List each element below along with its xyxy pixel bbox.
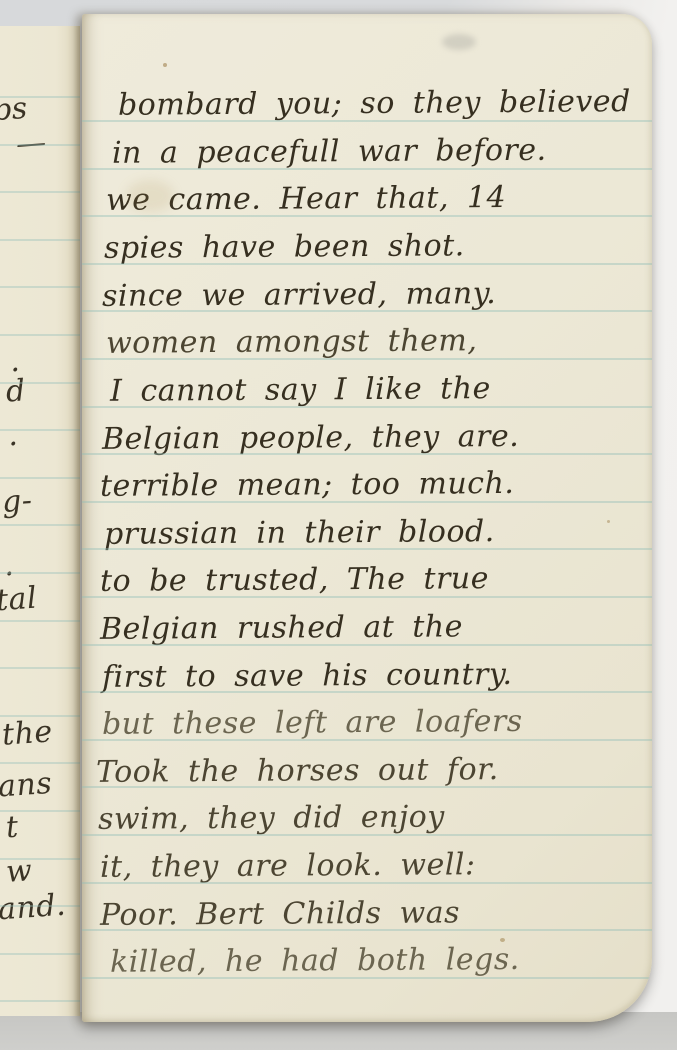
ruled-line: [82, 263, 652, 265]
foxing-dot: [163, 63, 167, 67]
ruled-line: [82, 691, 652, 693]
ruled-line: [0, 1000, 80, 1002]
ruled-line: [0, 477, 80, 479]
handwriting-line: since we arrived, many.: [82, 269, 652, 321]
notebook-page: bombard you; so they believed in a peace…: [82, 14, 652, 1022]
handwriting-line: in a peacefull war before.: [82, 126, 652, 178]
handwriting-line: bombard you; so they believed: [82, 78, 652, 130]
ruled-line: [82, 358, 652, 360]
ruled-line: [82, 548, 652, 550]
handwriting-line: spies have been shot.: [82, 221, 652, 273]
margin-fragment: .: [7, 418, 19, 454]
scanned-notebook-photo: { "notebook": { "main_page": { "lines": …: [0, 0, 677, 1050]
ruled-line: [0, 429, 80, 431]
handwriting-line: to be trusted, The true: [82, 554, 652, 606]
ruled-line: [0, 810, 80, 812]
ruled-line: [0, 191, 80, 193]
ruled-line: [0, 667, 80, 669]
ruled-line: [0, 334, 80, 336]
ruled-line: [0, 620, 80, 622]
ruled-line: [82, 406, 652, 408]
ruled-line: [82, 453, 652, 455]
ruled-line: [82, 786, 652, 788]
handwriting-line: killed, he had both legs.: [82, 935, 652, 987]
margin-fragment: and.: [0, 888, 67, 928]
ruled-line: [82, 596, 652, 598]
handwriting-line: Took the horses out for.: [82, 745, 652, 797]
ruled-line: [82, 882, 652, 884]
margin-fragment: t: [5, 810, 20, 846]
handwriting-line: I cannot say I like the: [82, 364, 652, 416]
ruled-line: [82, 120, 652, 122]
ruled-line: [82, 168, 652, 170]
ruled-line: [0, 572, 80, 574]
ruled-line: [0, 382, 80, 384]
ruled-line: [0, 524, 80, 526]
ruled-line: [82, 929, 652, 931]
ruled-line: [82, 310, 652, 312]
margin-fragment: .: [3, 548, 15, 584]
ruled-line: [82, 501, 652, 503]
margin-fragment: ians: [0, 766, 53, 805]
ruled-line: [0, 96, 80, 98]
handwriting-line: first to save his country.: [82, 650, 652, 702]
ruled-line: [0, 762, 80, 764]
margin-fragment: g-: [1, 483, 34, 520]
ruled-line: [82, 834, 652, 836]
ruled-line: [82, 215, 652, 217]
stain-spot: [442, 34, 476, 50]
ruled-line: [82, 739, 652, 741]
handwriting-line: swim, they did enjoy: [82, 792, 652, 844]
margin-fragment: the: [1, 714, 54, 752]
ruled-line: [82, 644, 652, 646]
ruled-line: [82, 977, 652, 979]
ruled-line: [0, 858, 80, 860]
handwriting-line: women amongst them,: [82, 316, 652, 368]
margin-fragment: d: [5, 373, 27, 409]
handwriting-line: Belgian people, they are.: [82, 412, 652, 464]
handwriting-line: but these left are loafers: [82, 697, 652, 749]
ruled-line: [0, 144, 80, 146]
handwriting-line: we came. Hear that, 14: [82, 173, 652, 225]
ruled-line: [0, 905, 80, 907]
handwriting-line: prussian in their blood.: [82, 507, 652, 559]
handwriting-line: Poor. Bert Childs was: [82, 888, 652, 940]
ruled-line: [0, 239, 80, 241]
ruled-line: [0, 715, 80, 717]
handwriting-line: terrible mean; too much.: [82, 459, 652, 511]
ruled-line: [0, 286, 80, 288]
margin-fragment: tal: [0, 581, 38, 619]
handwriting-line: Belgian rushed at the: [82, 602, 652, 654]
handwriting-line: it, they are look. well:: [82, 840, 652, 892]
facing-page-edge: ps — . d . g- . tal the ians t w and.: [0, 26, 80, 1016]
ruled-line: [0, 953, 80, 955]
